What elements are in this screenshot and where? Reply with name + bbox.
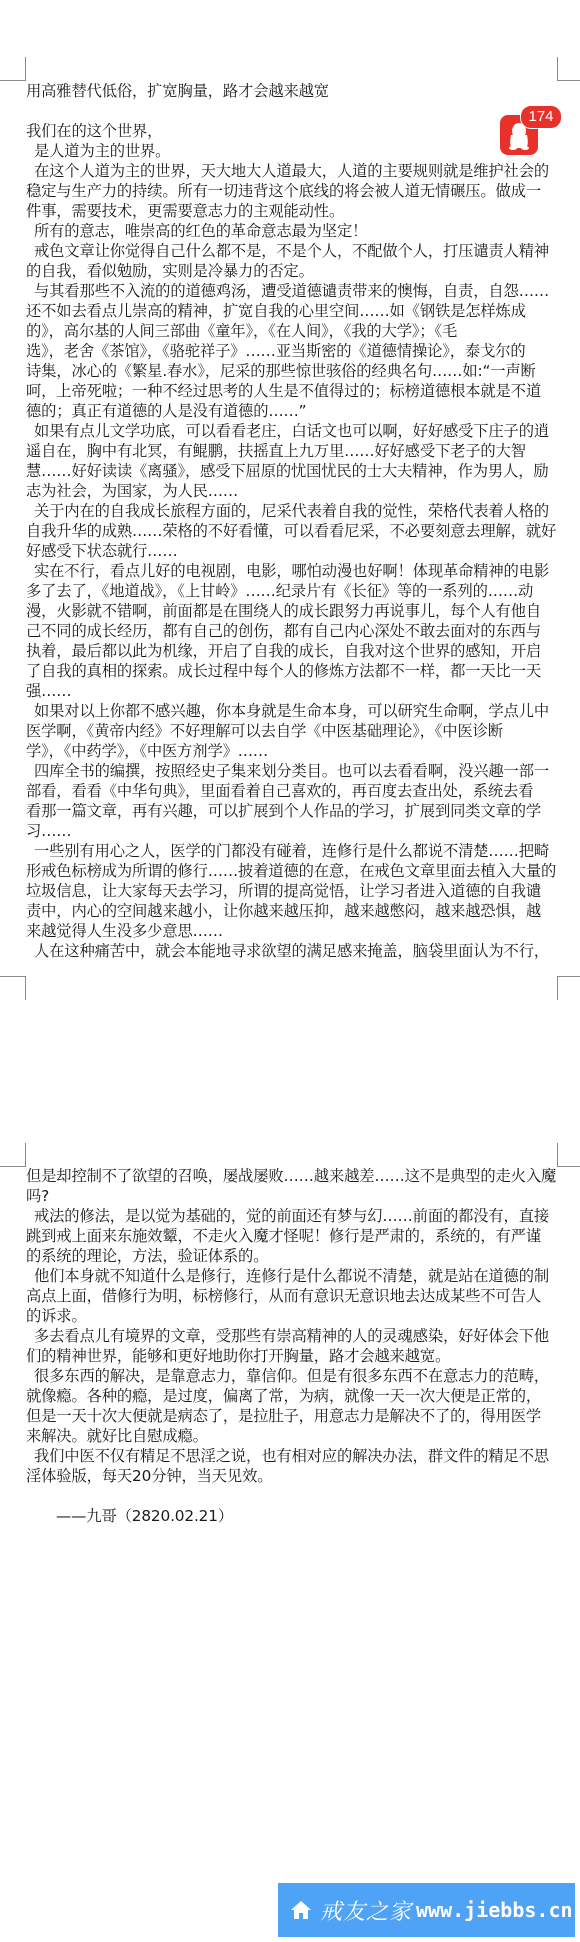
text-line: 们的精神世界，能够和更好地助你打开胸量，路才会越来越宽。 <box>26 1346 558 1366</box>
text-line: 稳定与生产力的持续。所有一切违背这个底线的将会被人道无情碾压。做成一 <box>26 181 558 201</box>
page2-top-left-corner-mark <box>0 1143 26 1167</box>
text-line: 所有的意志，唯崇高的红色的革命意志最为坚定！ <box>26 221 558 241</box>
text-line: 但是一天十次大便就是病态了，是拉肚子，用意志力是解决不了的，得用医学 <box>26 1406 558 1426</box>
page2-body: 但是却控制不了欲望的召唤，屡战屡败……越来越差……这不是典型的走火入魔吗?戒法的… <box>26 1166 558 1486</box>
text-line: 的诉求。 <box>26 1306 558 1326</box>
notification-badge: 174 <box>520 105 562 129</box>
text-line: 但是却控制不了欲望的召唤，屡战屡败……越来越差……这不是典型的走火入魔 <box>26 1166 558 1186</box>
page1-body: 我们在的这个世界，是人道为主的世界。在这个人道为主的世界，天大地大人道最大，人道… <box>26 121 558 961</box>
text-line: 强…… <box>26 681 558 701</box>
page2-content: 但是却控制不了欲望的召唤，屡战屡败……越来越差……这不是典型的走火入魔吗?戒法的… <box>26 1166 558 1526</box>
page1-top-left-corner-mark <box>0 57 26 81</box>
text-line: 好感受下状态就行…… <box>26 541 558 561</box>
text-line: 德的；真正有道德的人是没有道德的……” <box>26 401 558 421</box>
spacer <box>26 101 558 121</box>
text-line: 吗? <box>26 1186 558 1206</box>
text-line: 垃圾信息，让大家每天去学习，所谓的提高觉悟，让学习者进入道德的自我谴 <box>26 881 558 901</box>
qq-notification[interactable]: 174 <box>500 105 548 153</box>
text-line: 多去看点儿有境界的文章，受那些有崇高精神的人的灵魂感染，好好体会下他 <box>26 1326 558 1346</box>
text-line: 部看，看看《中华句典》，里面看着自己喜欢的，再百度去查出处，系统去看 <box>26 781 558 801</box>
text-line: 戒色文章让你觉得自己什么都不是，不是个人，不配做个人，打压谴责人精神 <box>26 241 558 261</box>
text-line: 戒法的修法，是以觉为基础的，觉的前面还有梦与幻……前面的都没有，直接 <box>26 1206 558 1226</box>
site-name: 戒友之家 <box>320 1895 412 1926</box>
home-icon <box>290 1900 312 1920</box>
text-line: 形戒色标榜成为所谓的修行……披着道德的在意，在戒色文章里面去植入大量的 <box>26 861 558 881</box>
text-line: 的自我，看似勉励，实则是冷暴力的否定。 <box>26 261 558 281</box>
text-line: 志为社会，为国家，为人民…… <box>26 481 558 501</box>
text-line: 一些别有用心之人，医学的门都没有碰着，连修行是什么都说不清楚……把畸 <box>26 841 558 861</box>
text-line: 学》，《中药学》，《中医方剂学》…… <box>26 741 558 761</box>
text-line: 很多东西的解决，是靠意志力，靠信仰。但是有很多东西不在意志力的范畴， <box>26 1366 558 1386</box>
page2-top-right-corner-mark <box>557 1143 580 1167</box>
text-line: 了自我的真相的探索。成长过程中每个人的修炼方法都不一样，都一天比一天 <box>26 661 558 681</box>
text-line: 多了去了，《地道战》，《上甘岭》……纪录片有《长征》等的一系列的……动 <box>26 581 558 601</box>
text-line: 关于内在的自我成长旅程方面的，尼采代表着自我的觉性，荣格代表着人格的 <box>26 501 558 521</box>
text-line: 就像瘾。各种的瘾，是过度，偏离了常，为病，就像一天一次大便是正常的， <box>26 1386 558 1406</box>
text-line: 责中，内心的空间越来越小，让你越来越压抑，越来越憋闷，越来越恐惧，越 <box>26 901 558 921</box>
text-line: 医学啊，《黄帝内经》不好理解可以去自学《中医基础理论》，《中医诊断 <box>26 721 558 741</box>
page1-content: 用高雅替代低俗，扩宽胸量，路才会越来越宽 我们在的这个世界，是人道为主的世界。在… <box>26 81 558 961</box>
text-line: 选》，老舍《茶馆》，《骆驼祥子》……亚当斯密的《道德情操论》，泰戈尔的 <box>26 341 558 361</box>
text-line: 在这个人道为主的世界，天大地大人道最大，人道的主要规则就是维护社会的 <box>26 161 558 181</box>
text-line: 来越觉得人生没多少意思…… <box>26 921 558 941</box>
signature: ——九哥（2820.02.21） <box>26 1506 558 1526</box>
text-line: 执着，最后都以此为机缘，开启了自我的成长，自我对这个世界的感知，开启 <box>26 641 558 661</box>
text-line: 人在这种痛苦中，就会本能地寻求欲望的满足感来掩盖，脑袋里面认为不行， <box>26 941 558 961</box>
text-line: 呵，上帝死啦；一种不经过思考的人生是不值得过的；标榜道德根本就是不道 <box>26 381 558 401</box>
text-line: 来解决。就好比自慰成瘾。 <box>26 1426 558 1446</box>
text-line: 是人道为主的世界。 <box>26 141 558 161</box>
text-line: 的》，高尔基的人间三部曲《童年》，《在人间》，《我的大学》；《毛 <box>26 321 558 341</box>
text-line: 我们在的这个世界， <box>26 121 558 141</box>
text-line: 自我升华的成熟……荣格的不好看懂，可以看看尼采，不必要刻意去理解，就好 <box>26 521 558 541</box>
text-line: 实在不行，看点儿好的电视剧，电影，哪怕动漫也好啊！体现革命精神的电影 <box>26 561 558 581</box>
text-line: 慧……好好读读《离骚》，感受下屈原的忧国忧民的士大夫精神，作为男人，励 <box>26 461 558 481</box>
document-title: 用高雅替代低俗，扩宽胸量，路才会越来越宽 <box>26 81 558 101</box>
spacer <box>26 1486 558 1506</box>
site-watermark-banner: 戒友之家 www.jiebbs.cn <box>278 1883 575 1937</box>
page1-bottom-left-corner-mark <box>0 976 26 1000</box>
page1-bottom-right-corner-mark <box>557 976 580 1000</box>
site-url: www.jiebbs.cn <box>416 1898 573 1922</box>
text-line: 漫，火影就不错啊，前面都是在围绕人的成长跟努力再说事儿，每个人有他自 <box>26 601 558 621</box>
text-line: 与其看那些不入流的的道德鸡汤，遭受道德谴责带来的懊悔，自责，自怨…… <box>26 281 558 301</box>
text-line: 诗集，冰心的《繁星.春水》，尼采的那些惊世骇俗的经典名句……如:“一声断 <box>26 361 558 381</box>
text-line: 还不如去看点儿崇高的精神，扩宽自我的心里空间……如《钢铁是怎样炼成 <box>26 301 558 321</box>
text-line: 遥自在，胸中有北冥，有鲲鹏，扶摇直上九万里……好好感受下老子的大智 <box>26 441 558 461</box>
text-line: 看那一篇文章，再有兴趣，可以扩展到个人作品的学习，扩展到同类文章的学 <box>26 801 558 821</box>
text-line: 他们本身就不知道什么是修行，连修行是什么都说不清楚，就是站在道德的制 <box>26 1266 558 1286</box>
text-line: 己不同的成长经历，都有自己的创伤，都有自己内心深处不敢去面对的东西与 <box>26 621 558 641</box>
text-line: 淫体验版，每天20分钟，当天见效。 <box>26 1466 558 1486</box>
text-line: 如果有点儿文学功底，可以看看老庄，白话文也可以啊，好好感受下庄子的逍 <box>26 421 558 441</box>
text-line: 跳到戒上面来东施效颦，不走火入魔才怪呢！修行是严肃的，系统的，有严谨 <box>26 1226 558 1246</box>
text-line: 件事，需要技术，更需要意志力的主观能动性。 <box>26 201 558 221</box>
page1-top-right-corner-mark <box>557 57 580 81</box>
text-line: 四库全书的编撰，按照经史子集来划分类目。也可以去看看啊，没兴趣一部一 <box>26 761 558 781</box>
text-line: 我们中医不仅有精足不思淫之说，也有相对应的解决办法，群文件的精足不思 <box>26 1446 558 1466</box>
text-line: 习…… <box>26 821 558 841</box>
text-line: 高点上面，借修行为明，标榜修行，从而有意识无意识地去达成某些不可告人 <box>26 1286 558 1306</box>
text-line: 的系统的理论，方法，验证体系的。 <box>26 1246 558 1266</box>
text-line: 如果对以上你都不感兴趣，你本身就是生命本身，可以研究生命啊，学点儿中 <box>26 701 558 721</box>
